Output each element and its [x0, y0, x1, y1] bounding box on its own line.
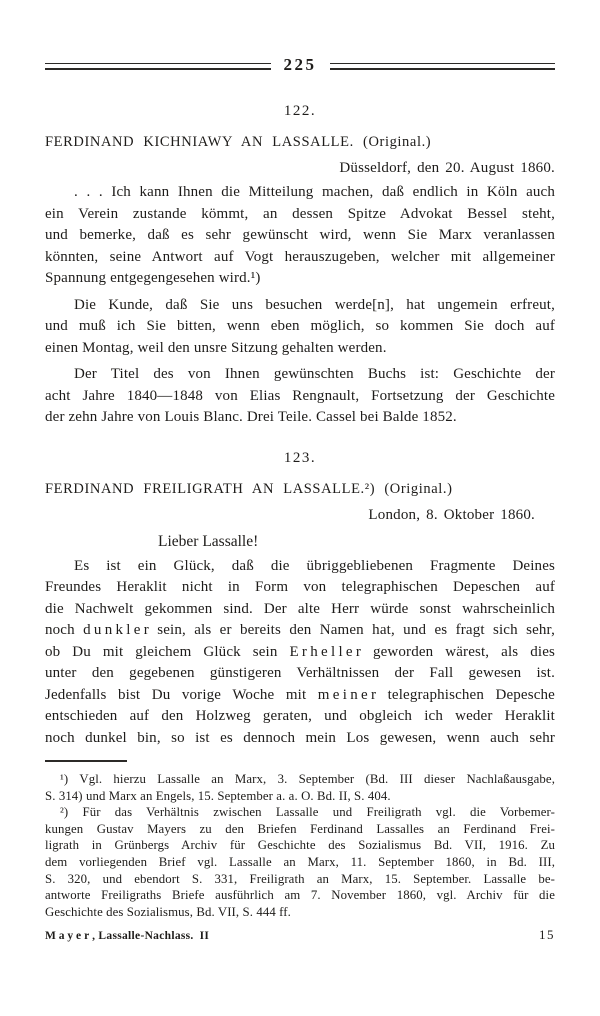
- letter-paragraph: . . . Ich kann Ihnen die Mitteilung mach…: [45, 182, 555, 290]
- text-line: Die Kunde, daß Sie uns besuchen werde[n]…: [45, 295, 555, 317]
- text-line: S. 320, und ebendort S. 331, Freiligrath…: [45, 871, 555, 888]
- sheet-number: 15: [539, 927, 555, 943]
- letter-paragraph: Die Kunde, daß Sie uns besuchen werde[n]…: [45, 295, 555, 360]
- text-line: S. 314) und Marx an Engels, 15. Septembe…: [45, 788, 555, 805]
- text-line: Freundes Heraklit nicht in Form von tele…: [45, 577, 555, 599]
- text-line: die Nachwelt gekommen sind. Der alte Her…: [45, 599, 555, 621]
- text-line: Geschichte des Sozialismus, Bd. VII, S. …: [45, 904, 555, 921]
- text-line: noch d u n k l e r sein, als er bereits …: [45, 620, 555, 642]
- text-line: Jedenfalls bist Du vorige Woche mit m e …: [45, 685, 555, 707]
- text-line: könnten, seine Antwort auf Vogt herauszu…: [45, 247, 555, 269]
- text-line: und bemerke, daß es sehr gewünscht wird,…: [45, 225, 555, 247]
- header-rule-right: [330, 63, 556, 70]
- letter-123: 123. FERDINAND FREILIGRATH AN LASSALLE.²…: [45, 450, 555, 750]
- text-line: Spannung entgegengesehen wird.¹): [45, 268, 555, 290]
- footnote-1: ¹) Vgl. hierzu Lassalle an Marx, 3. Sept…: [45, 771, 555, 804]
- text-line: ein Verein zustande kömmt, an dessen Spi…: [45, 204, 555, 226]
- volume-signature: M a y e r , Lassalle-Nachlass. II: [45, 930, 209, 942]
- page-footer: M a y e r , Lassalle-Nachlass. II 15: [45, 927, 555, 943]
- text-line: der zehn Jahre von Louis Blanc. Drei Tei…: [45, 407, 555, 429]
- text-line: antworte Freiligraths Briefe ausführlich…: [45, 887, 555, 904]
- page-number: 225: [284, 55, 317, 75]
- letter-paragraph: Es ist ein Glück, daß die übriggeblieben…: [45, 556, 555, 750]
- text-line: noch dunkel bin, so ist es dennoch mein …: [45, 728, 555, 750]
- text-line: ob Du mit gleichem Glück sein E r h e l …: [45, 642, 555, 664]
- letter-number: 122.: [45, 103, 555, 120]
- text-line: und muß ich Sie bitten, wenn eben möglic…: [45, 316, 555, 338]
- text-line: . . . Ich kann Ihnen die Mitteilung mach…: [45, 182, 555, 204]
- text-line: dem vorliegenden Brief vgl. Lassalle an …: [45, 854, 555, 871]
- text-line: unter den gegebenen günstigeren Verhältn…: [45, 663, 555, 685]
- letter-dateline: Düsseldorf, den 20. August 1860.: [45, 160, 555, 177]
- text-line: Es ist ein Glück, daß die übriggeblieben…: [45, 556, 555, 578]
- letter-dateline: London, 8. Oktober 1860.: [45, 507, 555, 524]
- text-line: kungen Gustav Mayers zu den Briefen Ferd…: [45, 821, 555, 838]
- text-line: einen Montag, weil den unsre Sitzung geh…: [45, 338, 555, 360]
- letter-heading: FERDINAND FREILIGRATH AN LASSALLE.²) (Or…: [45, 481, 555, 498]
- book-page: 225 122. FERDINAND KICHNIAWY AN LASSALLE…: [0, 0, 600, 1016]
- footnote-separator-rule: [45, 760, 127, 762]
- text-line: ¹) Vgl. hierzu Lassalle an Marx, 3. Sept…: [45, 771, 555, 788]
- running-head: 225: [45, 56, 555, 76]
- text-line: Der Titel des von Ihnen gewünschten Buch…: [45, 364, 555, 386]
- text-line: ligrath in Grünbergs Archiv für Geschich…: [45, 837, 555, 854]
- letter-number: 123.: [45, 450, 555, 467]
- letter-paragraph: Der Titel des von Ihnen gewünschten Buch…: [45, 364, 555, 429]
- text-line: entschieden auf den Holzweg geraten, und…: [45, 706, 555, 728]
- text-line: ²) Für das Verhältnis zwischen Lassalle …: [45, 804, 555, 821]
- header-rule-left: [45, 63, 271, 70]
- letter-salutation: Lieber Lassalle!: [45, 533, 555, 551]
- letter-122: 122. FERDINAND KICHNIAWY AN LASSALLE. (O…: [45, 103, 555, 429]
- text-line: acht Jahre 1840—1848 von Elias Rengnault…: [45, 386, 555, 408]
- letter-heading: FERDINAND KICHNIAWY AN LASSALLE. (Origin…: [45, 134, 555, 151]
- footnote-2: ²) Für das Verhältnis zwischen Lassalle …: [45, 804, 555, 920]
